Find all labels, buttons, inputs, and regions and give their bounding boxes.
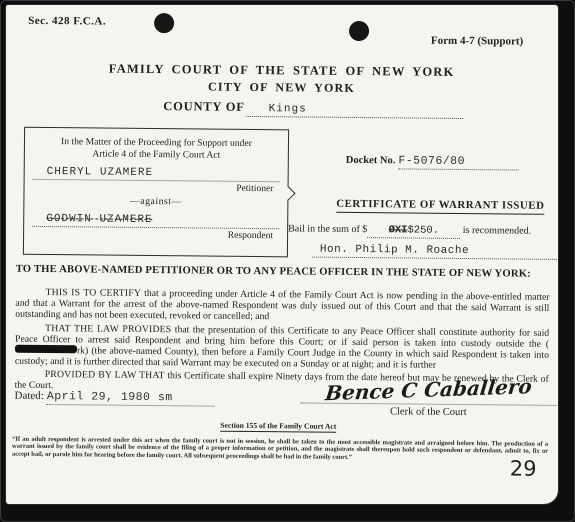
- respondent-label: Respondent: [24, 228, 273, 241]
- bail-suffix: is recommended.: [463, 225, 531, 237]
- paragraph-provided-lead: PROVIDED BY LAW THAT: [45, 369, 165, 381]
- statute-heading: Section 155 of the Family Court Act: [6, 419, 554, 433]
- statute-fine-print: “If an adult respondent is arrested unde…: [12, 435, 548, 463]
- bail-amount-field: ØXI$250.: [367, 224, 460, 239]
- case-caption-box: In the Matter of the Proceeding for Supp…: [23, 127, 289, 258]
- county-field: Kings: [247, 103, 464, 119]
- document-page: Sec. 428 F.C.A. Form 4-7 (Support) FAMIL…: [6, 5, 558, 504]
- bail-label: Bail in the sum of $: [288, 223, 367, 235]
- dated-label: Dated:: [14, 390, 43, 402]
- bail-row: Bail in the sum of $ØXI$250. is recommen…: [288, 223, 531, 239]
- paragraph-law-lead: THAT THE LAW PROVIDES: [45, 323, 171, 335]
- certificate-title: CERTIFICATE OF WARRANT ISSUED: [309, 198, 558, 213]
- versus-label: —against—: [24, 195, 287, 209]
- judge-name-field: Hon. Philip M. Roache: [312, 244, 558, 260]
- docket-number-field: F-5076/80: [398, 154, 518, 170]
- caption-heading-line1: In the Matter of the Proceeding for Supp…: [61, 136, 252, 149]
- page-number: 29: [510, 456, 537, 480]
- paragraph-certify-lead: THIS IS TO CERTIFY: [45, 287, 141, 299]
- punch-hole-icon: [349, 21, 369, 41]
- salutation: TO THE ABOVE-NAMED PETITIONER OR TO ANY …: [16, 264, 551, 280]
- paragraph-law-provides: THAT THE LAW PROVIDES that the presentat…: [15, 322, 549, 372]
- respondent-name: GODWIN UZAMERE: [46, 213, 153, 226]
- statute-reference: Sec. 428 F.C.A.: [28, 15, 106, 28]
- clerk-title: Clerk of the Court: [300, 405, 556, 418]
- punch-hole-icon: [154, 13, 174, 33]
- bail-amount: $250.: [407, 224, 439, 236]
- respondent-name-field: GODWIN UZAMERE: [32, 213, 279, 229]
- redaction-bar: [15, 345, 77, 354]
- petitioner-label: Petitioner: [24, 181, 273, 194]
- docket-label: Docket No.: [346, 155, 396, 166]
- county-row: COUNTY OFKings: [163, 99, 464, 119]
- form-number: Form 4-7 (Support): [431, 35, 523, 48]
- date-field: April 29, 1980 sm: [47, 390, 215, 407]
- caption-heading-line2: Article 4 of the Family Court Act: [92, 148, 220, 160]
- docket-row: Docket No.F-5076/80: [346, 154, 519, 171]
- county-label: COUNTY OF: [163, 99, 245, 114]
- petitioner-name-field: CHERYL UZAMERE: [33, 166, 280, 182]
- document-content: Sec. 428 F.C.A. Form 4-7 (Support) FAMIL…: [6, 5, 558, 504]
- court-subtitle: CITY OF NEW YORK: [6, 78, 558, 98]
- dated-row: Dated:April 29, 1980 sm: [14, 390, 214, 407]
- paragraph-certify: THIS IS TO CERTIFY that a proceeding und…: [15, 286, 549, 325]
- bail-struck-chars: ØXI: [389, 224, 408, 236]
- caption-heading: In the Matter of the Proceeding for Supp…: [35, 136, 278, 161]
